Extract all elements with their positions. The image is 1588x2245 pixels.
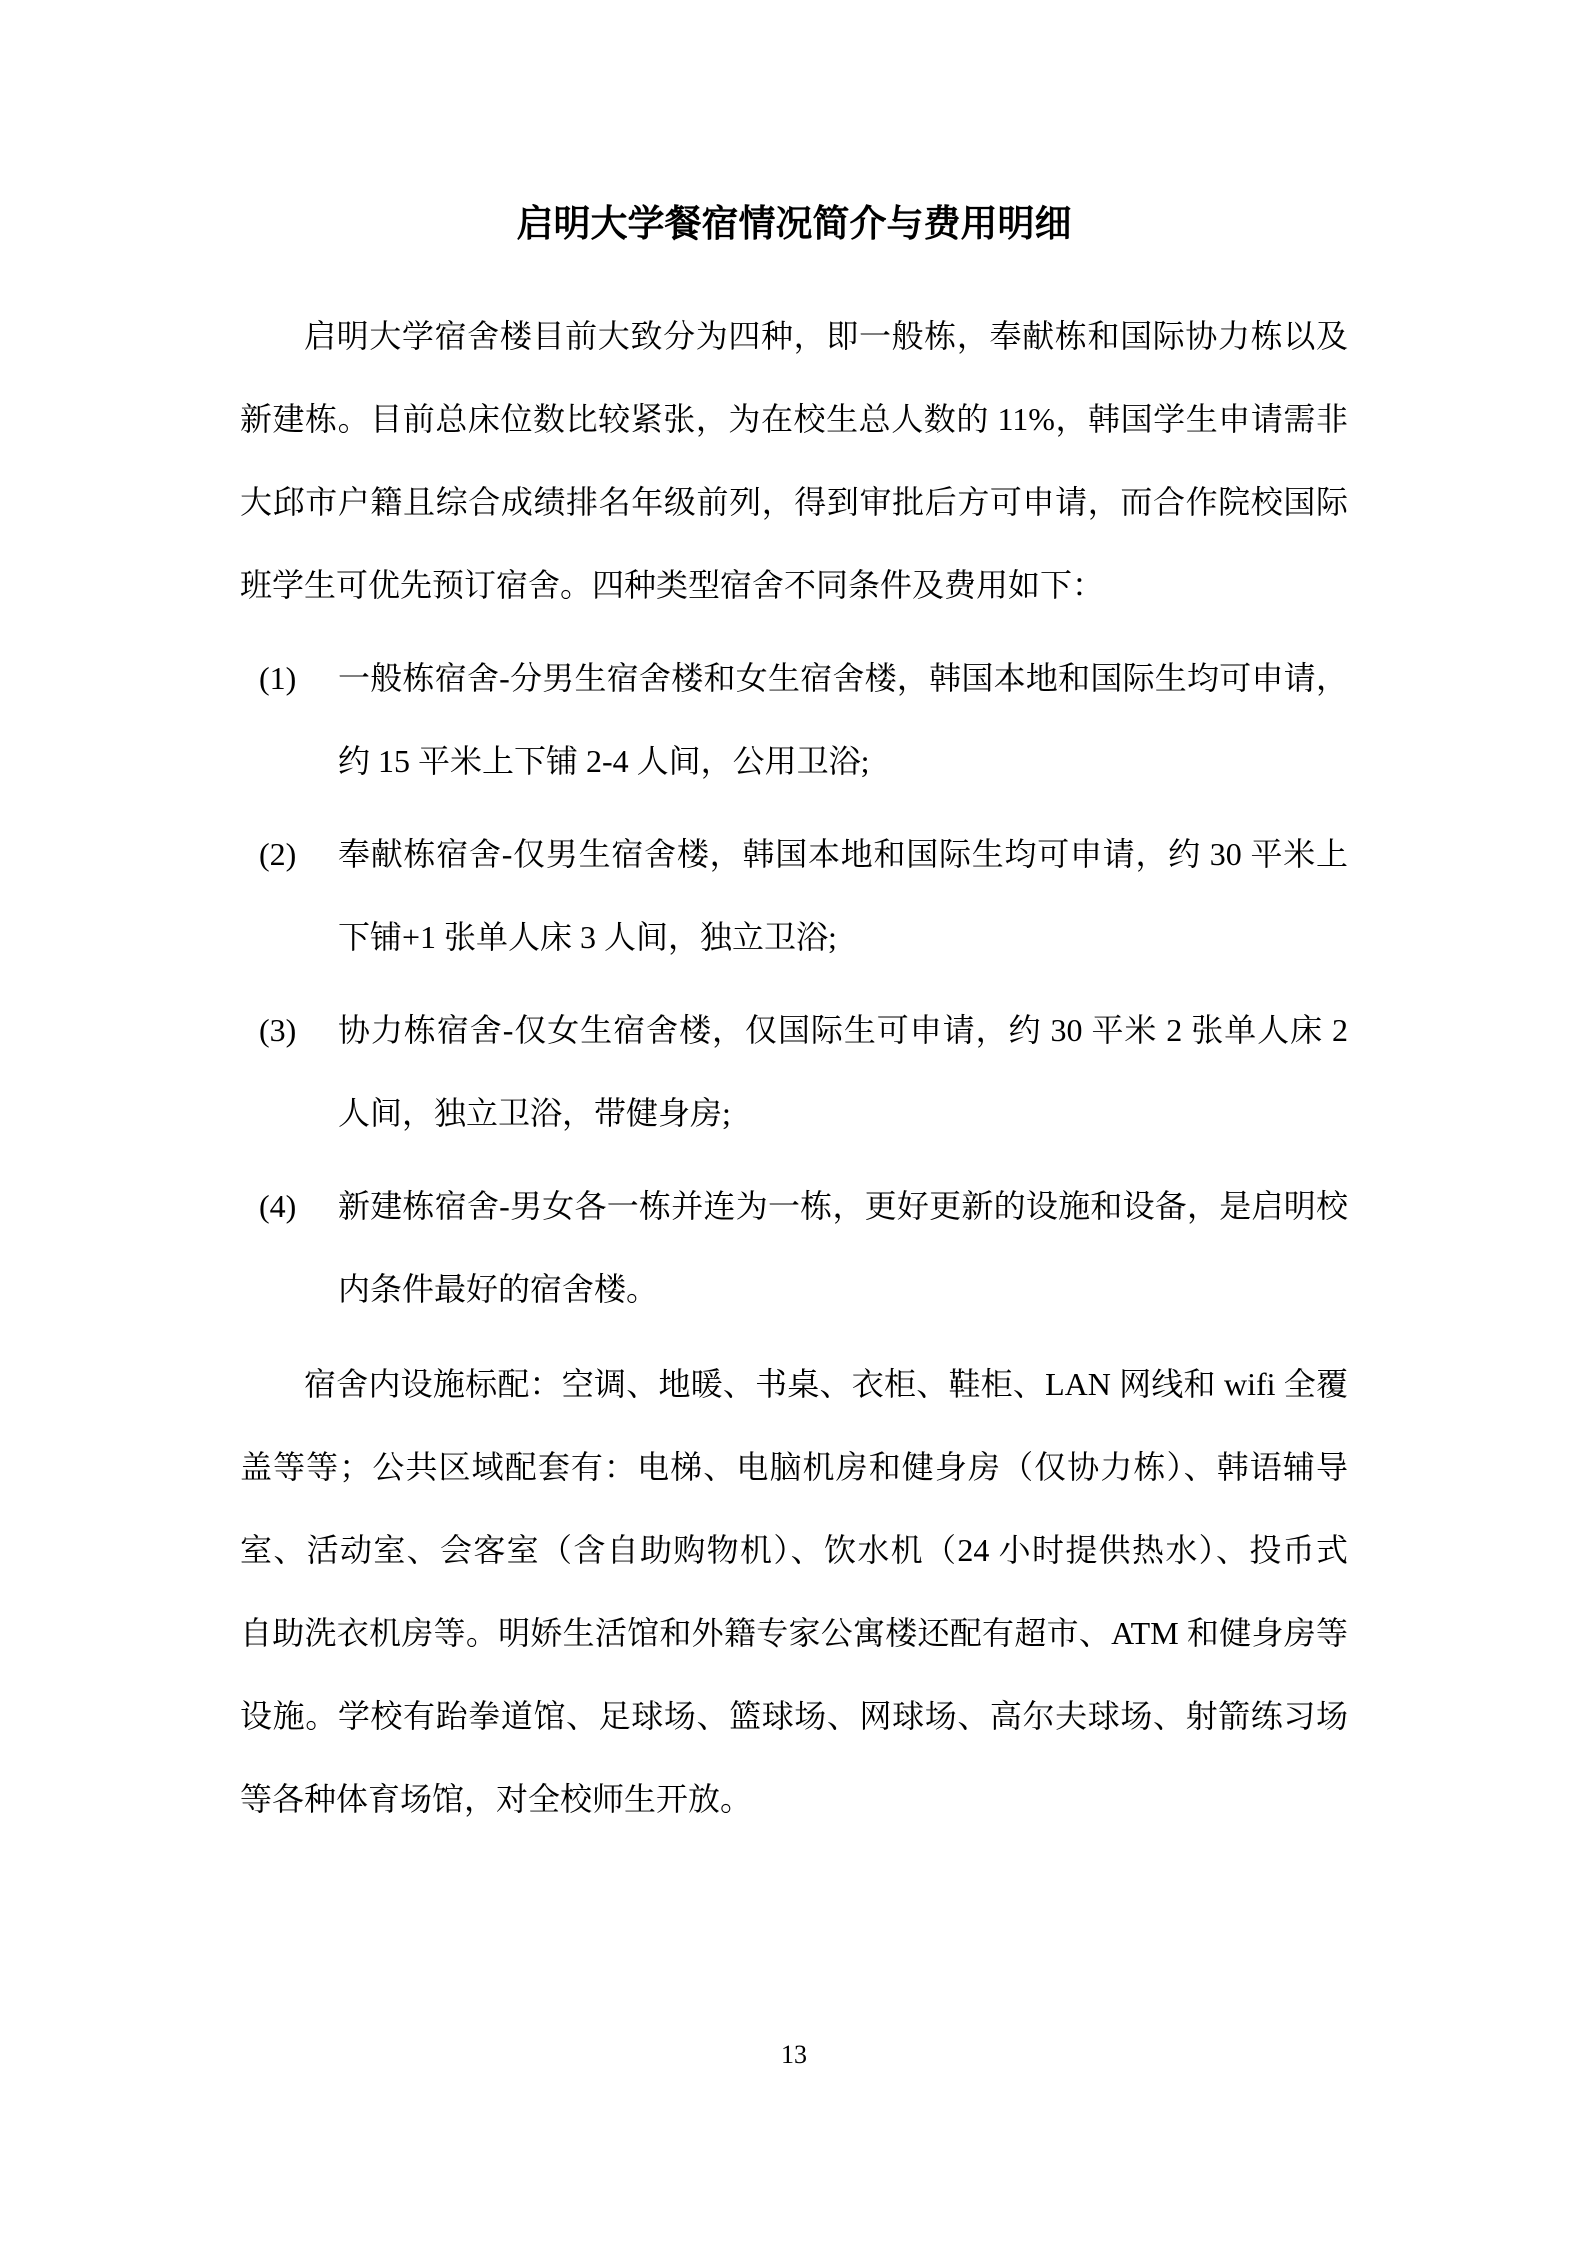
text-line: 大邱市户籍且综合成绩排名年级前列，得到审批后方可申请，而合作院校国际 xyxy=(240,461,1348,544)
text-line: 室、活动室、会客室（含自助购物机）、饮水机（24 小时提供热水）、投币式 xyxy=(240,1509,1348,1592)
text-line: 协力栋宿舍-仅女生宿舍楼，仅国际生可申请，约 30 平米 2 张单人床 2 xyxy=(338,989,1348,1072)
list-item-marker: (2) xyxy=(259,813,296,896)
list-item-new-dorm: (4) 新建栋宿舍-男女各一栋并连为一栋，更好更新的设施和设备，是启明校 内条件… xyxy=(240,1165,1348,1331)
list-item-marker: (4) xyxy=(259,1165,296,1248)
text-line: 盖等等；公共区域配套有：电梯、电脑机房和健身房（仅协力栋）、韩语辅导 xyxy=(240,1426,1348,1509)
text-line: 人间，独立卫浴，带健身房; xyxy=(338,1072,1348,1155)
text-line: 约 15 平米上下铺 2-4 人间，公用卫浴; xyxy=(338,720,1348,803)
text-line: 新建栋。目前总床位数比较紧张，为在校生总人数的 11%，韩国学生申请需非 xyxy=(240,378,1348,461)
text-line: 班学生可优先预订宿舍。四种类型宿舍不同条件及费用如下： xyxy=(240,544,1348,627)
text-line: 奉献栋宿舍-仅男生宿舍楼，韩国本地和国际生均可申请，约 30 平米上 xyxy=(338,813,1348,896)
list-item-marker: (1) xyxy=(259,637,296,720)
text-line: 下铺+1 张单人床 3 人间，独立卫浴; xyxy=(338,896,1348,979)
paragraph-intro: 启明大学宿舍楼目前大致分为四种，即一般栋，奉献栋和国际协力栋以及 新建栋。目前总… xyxy=(240,295,1348,627)
page-content: 启明大学餐宿情况简介与费用明细 启明大学宿舍楼目前大致分为四种，即一般栋，奉献栋… xyxy=(0,0,1588,1841)
list-item-marker: (3) xyxy=(259,989,296,1072)
document-title: 启明大学餐宿情况简介与费用明细 xyxy=(240,200,1348,250)
text-line: 宿舍内设施标配：空调、地暖、书桌、衣柜、鞋柜、LAN 网线和 wifi 全覆 xyxy=(240,1343,1348,1426)
text-line: 内条件最好的宿舍楼。 xyxy=(338,1248,1348,1331)
document-page: 启明大学餐宿情况简介与费用明细 启明大学宿舍楼目前大致分为四种，即一般栋，奉献栋… xyxy=(0,0,1588,2245)
text-line: 设施。学校有跆拳道馆、足球场、篮球场、网球场、高尔夫球场、射箭练习场 xyxy=(240,1675,1348,1758)
list-item-general-dorm: (1) 一般栋宿舍-分男生宿舍楼和女生宿舍楼，韩国本地和国际生均可申请， 约 1… xyxy=(240,637,1348,803)
text-line: 新建栋宿舍-男女各一栋并连为一栋，更好更新的设施和设备，是启明校 xyxy=(338,1165,1348,1248)
list-item-dedication-dorm: (2) 奉献栋宿舍-仅男生宿舍楼，韩国本地和国际生均可申请，约 30 平米上 下… xyxy=(240,813,1348,979)
paragraph-facilities: 宿舍内设施标配：空调、地暖、书桌、衣柜、鞋柜、LAN 网线和 wifi 全覆 盖… xyxy=(240,1343,1348,1841)
text-line: 一般栋宿舍-分男生宿舍楼和女生宿舍楼，韩国本地和国际生均可申请， xyxy=(338,637,1348,720)
page-number: 13 xyxy=(0,2038,1588,2072)
list-item-cooperation-dorm: (3) 协力栋宿舍-仅女生宿舍楼，仅国际生可申请，约 30 平米 2 张单人床 … xyxy=(240,989,1348,1155)
text-line: 自助洗衣机房等。明娇生活馆和外籍专家公寓楼还配有超市、ATM 和健身房等 xyxy=(240,1592,1348,1675)
text-line: 启明大学宿舍楼目前大致分为四种，即一般栋，奉献栋和国际协力栋以及 xyxy=(240,295,1348,378)
text-line: 等各种体育场馆，对全校师生开放。 xyxy=(240,1758,1348,1841)
